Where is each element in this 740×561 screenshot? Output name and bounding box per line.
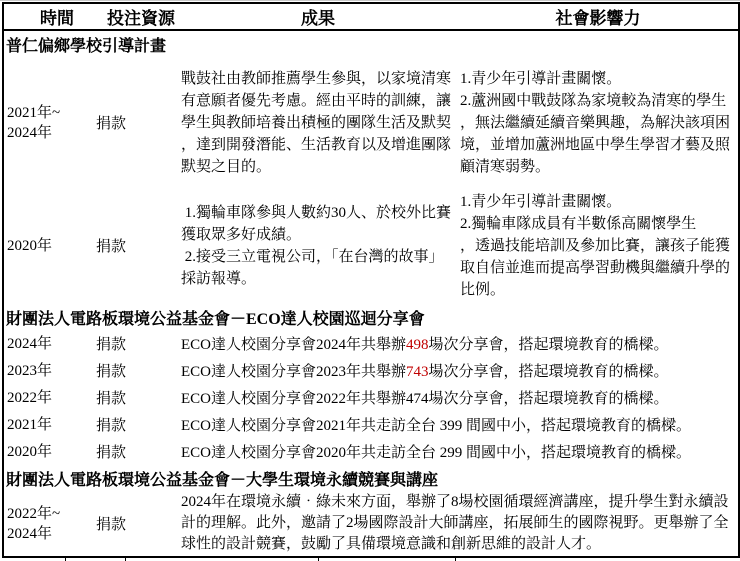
result-cell: 1.獨輪車隊參與人數約30人、於校外比賽 獲取眾多好成績。 2.接受三立電視公司… <box>178 187 458 304</box>
result-cell: 2024年在環境永續‧綠未來方面，舉辦了8場校園循環經濟講座，提升學生對永續設 … <box>178 491 739 557</box>
table-grid-tick <box>318 557 319 561</box>
table-header-row: 時間 投注資源 成果 社會影響力 <box>3 3 739 30</box>
time-cell: 2024年 <box>3 330 88 357</box>
result-text: 場次分享會，搭起環境教育的橋樑。 <box>429 364 669 380</box>
resource-cell: 捐款 <box>88 357 178 384</box>
time-cell: 2022年 <box>3 384 88 411</box>
resource-cell: 捐款 <box>88 58 178 187</box>
section-title-row: 財團法人電路板環境公益基金會－ECO達人校園巡迴分享會 <box>3 304 739 330</box>
section-title: 財團法人電路板環境公益基金會－ECO達人校園巡迴分享會 <box>3 304 739 330</box>
result-highlight-count: 743 <box>406 364 429 380</box>
next-row-border-stubs <box>0 557 740 561</box>
time-cell: 2020年 <box>3 187 88 304</box>
table-row: 2024年 捐款 ECO達人校園分享會2024年共舉辦498場次分享會，搭起環境… <box>3 330 739 357</box>
column-header-result: 成果 <box>178 3 458 30</box>
table-row: 2020年 捐款 ECO達人校園分享會2020年共走訪全台 299 間國中小，搭… <box>3 438 739 465</box>
table-row: 2021年 捐款 ECO達人校園分享會2021年共走訪全台 399 間國中小，搭… <box>3 411 739 438</box>
result-text: ECO達人校園分享會2023年共舉辦 <box>181 364 406 380</box>
column-header-impact: 社會影響力 <box>458 3 739 30</box>
result-text: ECO達人校園分享會2022年共舉辦474場次分享會，搭起環境教育的橋樑。 <box>181 391 669 407</box>
table-row: 2020年 捐款 1.獨輪車隊參與人數約30人、於校外比賽 獲取眾多好成績。 2… <box>3 187 739 304</box>
result-highlight-count: 498 <box>406 337 429 353</box>
column-header-time: 時間 <box>3 3 88 30</box>
table-row: 2022年~ 2024年 捐款 2024年在環境永續‧綠未來方面，舉辦了8場校園… <box>3 491 739 557</box>
result-cell: ECO達人校園分享會2022年共舉辦474場次分享會，搭起環境教育的橋樑。 <box>178 384 739 411</box>
column-header-resource: 投注資源 <box>88 3 178 30</box>
resource-cell: 捐款 <box>88 491 178 557</box>
csr-impact-table: 時間 投注資源 成果 社會影響力 普仁偏鄉學校引導計畫 2021年~ 2024年… <box>2 2 740 558</box>
impact-cell: 1.青少年引導計畫關懷。 2.蘆洲國中戰鼓隊為家境較為清寒的學生 ，無法繼續延續… <box>458 58 739 187</box>
impact-cell: 1.青少年引導計畫關懷。 2.獨輪車隊成員有半數係高關懷學生 ，透過技能培訓及參… <box>458 187 739 304</box>
table-grid-tick <box>455 557 456 561</box>
time-cell: 2021年~ 2024年 <box>3 58 88 187</box>
resource-cell: 捐款 <box>88 187 178 304</box>
section-title-row: 財團法人電路板環境公益基金會－大學生環境永續競賽與講座 <box>3 465 739 491</box>
result-cell: ECO達人校園分享會2021年共走訪全台 399 間國中小，搭起環境教育的橋樑。 <box>178 411 739 438</box>
table-row: 2021年~ 2024年 捐款 戰鼓社由教師推薦學生參與，以家境清寒 有意願者優… <box>3 58 739 187</box>
time-cell: 2022年~ 2024年 <box>3 491 88 557</box>
result-cell: ECO達人校園分享會2024年共舉辦498場次分享會，搭起環境教育的橋樑。 <box>178 330 739 357</box>
time-cell: 2021年 <box>3 411 88 438</box>
table-grid-tick <box>125 557 126 561</box>
resource-cell: 捐款 <box>88 411 178 438</box>
result-text: 場次分享會，搭起環境教育的橋樑。 <box>429 337 669 353</box>
table-row: 2023年 捐款 ECO達人校園分享會2023年共舉辦743場次分享會，搭起環境… <box>3 357 739 384</box>
table-row: 2022年 捐款 ECO達人校園分享會2022年共舉辦474場次分享會，搭起環境… <box>3 384 739 411</box>
result-cell: 戰鼓社由教師推薦學生參與，以家境清寒 有意願者優先考慮。經由平時的訓練，讓 學生… <box>178 58 458 187</box>
section-title: 普仁偏鄉學校引導計畫 <box>3 30 739 58</box>
section-title: 財團法人電路板環境公益基金會－大學生環境永續競賽與講座 <box>3 465 739 491</box>
result-text: ECO達人校園分享會2024年共舉辦 <box>181 337 406 353</box>
section-title-row: 普仁偏鄉學校引導計畫 <box>3 30 739 58</box>
resource-cell: 捐款 <box>88 384 178 411</box>
time-cell: 2023年 <box>3 357 88 384</box>
screenshot-top-edge <box>0 0 740 1</box>
result-text: ECO達人校園分享會2021年共走訪全台 399 間國中小，搭起環境教育的橋樑。 <box>181 418 691 434</box>
table-grid-tick <box>65 557 66 561</box>
result-text: ECO達人校園分享會2020年共走訪全台 299 間國中小，搭起環境教育的橋樑。 <box>181 445 691 461</box>
time-cell: 2020年 <box>3 438 88 465</box>
result-cell: ECO達人校園分享會2023年共舉辦743場次分享會，搭起環境教育的橋樑。 <box>178 357 739 384</box>
result-cell: ECO達人校園分享會2020年共走訪全台 299 間國中小，搭起環境教育的橋樑。 <box>178 438 739 465</box>
resource-cell: 捐款 <box>88 438 178 465</box>
resource-cell: 捐款 <box>88 330 178 357</box>
